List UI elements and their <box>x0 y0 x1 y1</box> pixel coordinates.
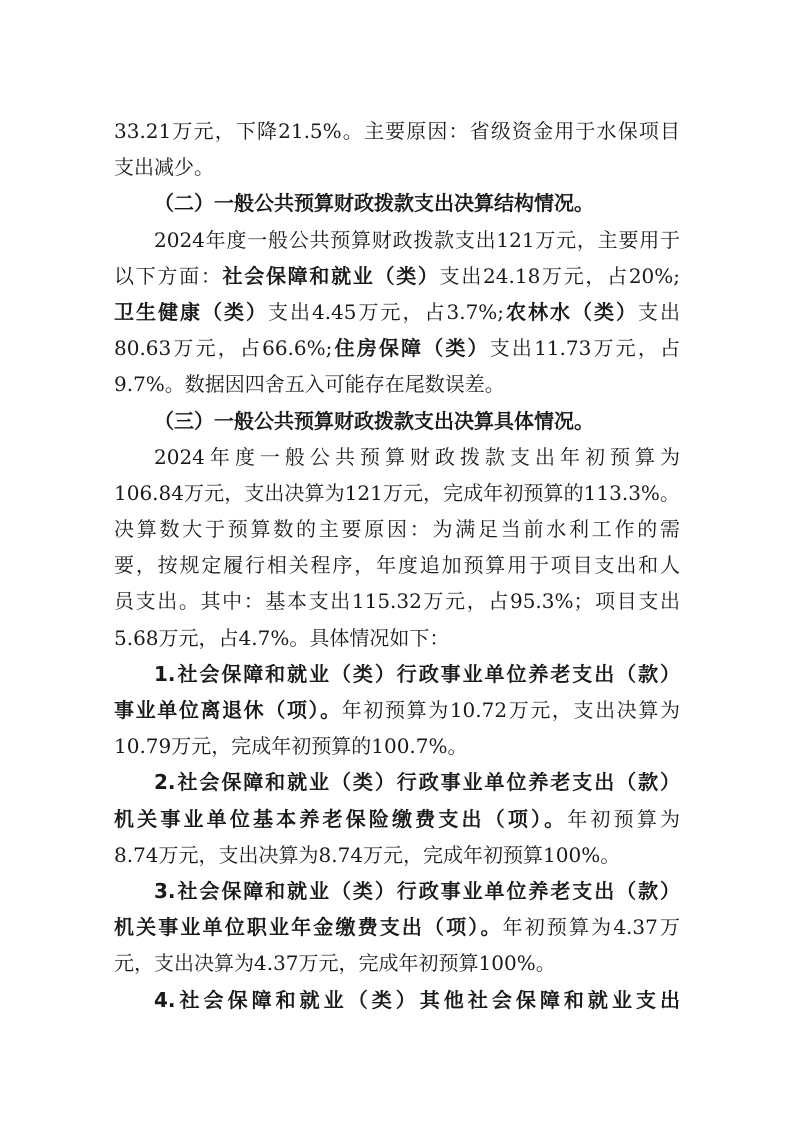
paragraph-line: 元，支出决算为4.37万元，完成年初预算100%。 <box>114 945 680 981</box>
body-text: 要，按规定履行相关程序，年度追加预算用于项目支出和人 <box>114 553 680 577</box>
body-text: 决算数大于预算数的主要原因：为满足当前水利工作的需 <box>114 517 680 541</box>
paragraph-line: 80.63万元，占66.6%;住房保障（类）支出11.73万元，占 <box>114 330 680 366</box>
body-text: 2024年度一般公共预算财政拨款支出121万元，主要用于 <box>154 228 680 252</box>
paragraph-line: 支出减少。 <box>114 149 680 185</box>
paragraph-line: 2024年度一般公共预算财政拨款支出121万元，主要用于 <box>114 222 680 258</box>
paragraph-line: 3.社会保障和就业（类）行政事业单位养老支出（款） <box>114 873 680 909</box>
body-text: 年初预算为 <box>567 807 680 831</box>
bold-text: 住房保障（类） <box>332 336 489 360</box>
body-text: 年初预算为10.72万元，支出决算为 <box>342 698 680 722</box>
body-text: 支出 <box>638 300 680 324</box>
paragraph-line: 4.社会保障和就业（类）其他社会保障和就业支出 <box>114 982 680 1018</box>
bold-text: 农林水（类） <box>504 300 638 324</box>
paragraph-line: 事业单位离退休（项）。年初预算为10.72万元，支出决算为 <box>114 692 680 728</box>
bold-text: （二）一般公共预算财政拨款支出决算结构情况。 <box>154 191 594 215</box>
bold-text: 4.社会保障和就业（类）其他社会保障和就业支出 <box>154 988 680 1012</box>
body-text: 支出24.18万元，占20%; <box>440 264 680 288</box>
body-text: 106.84万元，支出决算为121万元，完成年初预算的113.3%。 <box>114 481 680 505</box>
section-heading: （二）一般公共预算财政拨款支出决算结构情况。 <box>114 185 680 221</box>
paragraph-line: 要，按规定履行相关程序，年度追加预算用于项目支出和人 <box>114 547 680 583</box>
bold-text: 3.社会保障和就业（类）行政事业单位养老支出（款） <box>154 879 680 903</box>
bold-text: 社会保障和就业（类） <box>223 264 440 288</box>
paragraph-line: 以下方面：社会保障和就业（类）支出24.18万元，占20%; <box>114 258 680 294</box>
bold-text: 1.社会保障和就业（类）行政事业单位养老支出（款） <box>154 662 680 686</box>
section-heading: （三）一般公共预算财政拨款支出决算具体情况。 <box>114 403 680 439</box>
body-text: 员支出。其中：基本支出115.32万元，占95.3%；项目支出 <box>114 589 680 613</box>
body-text: 8.74万元，支出决算为8.74万元，完成年初预算100%。 <box>114 843 620 867</box>
body-text: 以下方面： <box>114 264 223 288</box>
document-page: 33.21万元，下降21.5%。主要原因：省级资金用于水保项目支出减少。（二）一… <box>114 113 680 1018</box>
body-text: 支出11.73万元，占 <box>490 336 680 360</box>
body-text: 9.7%。数据因四舍五入可能存在尾数误差。 <box>114 372 505 396</box>
paragraph-line: 决算数大于预算数的主要原因：为满足当前水利工作的需 <box>114 511 680 547</box>
paragraph-line: 33.21万元，下降21.5%。主要原因：省级资金用于水保项目 <box>114 113 680 149</box>
body-text: 支出4.45万元，占3.7%; <box>268 300 504 324</box>
paragraph-line: 5.68万元，占4.7%。具体情况如下： <box>114 620 680 656</box>
bold-text: 卫生健康（类） <box>114 300 268 324</box>
paragraph-line: 机关事业单位职业年金缴费支出（项）。年初预算为4.37万 <box>114 909 680 945</box>
body-text: 元，支出决算为4.37万元，完成年初预算100%。 <box>114 951 556 975</box>
paragraph-line: 10.79万元，完成年初预算的100.7%。 <box>114 728 680 764</box>
body-text: 33.21万元，下降21.5%。主要原因：省级资金用于水保项目 <box>114 119 680 143</box>
paragraph-line: 2.社会保障和就业（类）行政事业单位养老支出（款） <box>114 764 680 800</box>
paragraph-line: 卫生健康（类）支出4.45万元，占3.7%;农林水（类）支出 <box>114 294 680 330</box>
paragraph-line: 106.84万元，支出决算为121万元，完成年初预算的113.3%。 <box>114 475 680 511</box>
body-text: 5.68万元，占4.7%。具体情况如下： <box>114 626 449 650</box>
body-text: 支出减少。 <box>114 155 214 179</box>
body-text: 80.63万元，占66.6%; <box>114 336 332 360</box>
body-text: 2024年度一般公共预算财政拨款支出年初预算为 <box>154 445 680 469</box>
paragraph-line: 机关事业单位基本养老保险缴费支出（项）。年初预算为 <box>114 801 680 837</box>
paragraph-line: 9.7%。数据因四舍五入可能存在尾数误差。 <box>114 366 680 402</box>
bold-text: （三）一般公共预算财政拨款支出决算具体情况。 <box>154 409 594 433</box>
body-text: 年初预算为4.37万 <box>503 915 680 939</box>
bold-text: 机关事业单位职业年金缴费支出（项）。 <box>114 915 503 939</box>
paragraph-line: 2024年度一般公共预算财政拨款支出年初预算为 <box>114 439 680 475</box>
paragraph-line: 员支出。其中：基本支出115.32万元，占95.3%；项目支出 <box>114 583 680 619</box>
paragraph-line: 1.社会保障和就业（类）行政事业单位养老支出（款） <box>114 656 680 692</box>
bold-text: 机关事业单位基本养老保险缴费支出（项）。 <box>114 807 567 831</box>
body-text: 10.79万元，完成年初预算的100.7%。 <box>114 734 468 758</box>
paragraph-line: 8.74万元，支出决算为8.74万元，完成年初预算100%。 <box>114 837 680 873</box>
bold-text: 2.社会保障和就业（类）行政事业单位养老支出（款） <box>154 770 680 794</box>
bold-text: 事业单位离退休（项）。 <box>114 698 342 722</box>
